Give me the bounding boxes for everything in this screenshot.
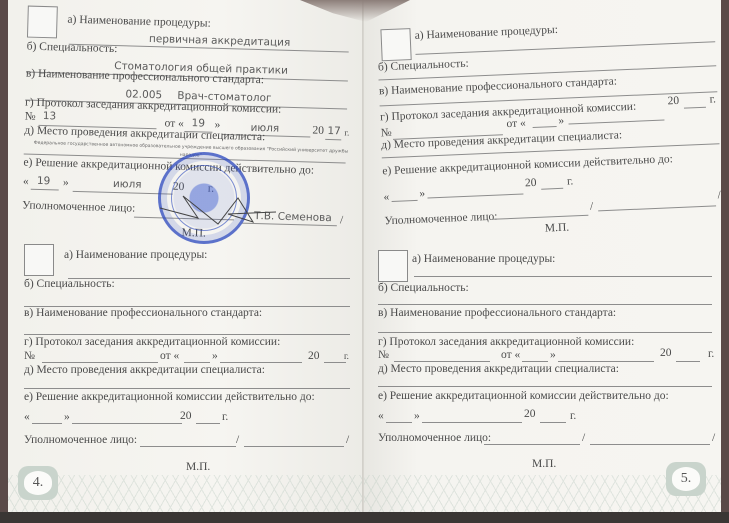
- standard-line: [24, 334, 350, 335]
- year-prefix-2: 20: [524, 408, 536, 420]
- number-sign: №: [24, 350, 35, 362]
- slash-end: /: [346, 434, 349, 446]
- protocol-year-line: [684, 107, 706, 109]
- seal-label: М.П.: [532, 458, 556, 470]
- decision-label: е) Решение аккредитационной комиссии дей…: [382, 153, 673, 177]
- authorized-label: Уполномоченное лицо:: [24, 434, 137, 446]
- valid-month-line: [427, 193, 523, 198]
- page-number-badge: 4.: [18, 466, 58, 500]
- quote-open: «: [23, 175, 29, 187]
- protocol-month-line: [569, 120, 665, 125]
- authorized-name-line: [590, 444, 710, 445]
- entry-checkbox: [24, 244, 54, 276]
- authorized-label: Уполномоченное лицо:: [22, 199, 135, 214]
- number-sign: №: [25, 111, 36, 123]
- authorized-name-line: [598, 205, 716, 211]
- year-suffix: г.: [344, 351, 349, 361]
- slash-end: /: [712, 432, 715, 444]
- slash-end: /: [717, 189, 721, 201]
- seal-label: М.П.: [545, 222, 570, 235]
- place-line: [24, 388, 350, 389]
- quote-close-2: »: [63, 177, 69, 189]
- protocol-label: г) Протокол заседания аккредитационной к…: [378, 336, 634, 348]
- procedure-label: а) Наименование процедуры:: [67, 14, 211, 30]
- accreditation-entry-2: а) Наименование процедуры: б) Специально…: [8, 240, 364, 515]
- valid-month-line: [422, 422, 522, 423]
- specialty-label: б) Специальность:: [24, 278, 115, 290]
- year-prefix: 20: [660, 347, 672, 359]
- standard-line: [378, 332, 712, 333]
- quote-close-2: »: [414, 410, 420, 422]
- year-suffix-2: г.: [567, 175, 574, 187]
- year-prefix-2: 20: [180, 410, 192, 422]
- signature-line: [492, 215, 588, 220]
- quote-close-2: »: [419, 188, 425, 200]
- valid-month-line: [72, 423, 182, 424]
- protocol-number-line: [42, 362, 158, 363]
- protocol-number-line: [394, 361, 490, 362]
- page-number-badge: 5.: [666, 462, 706, 496]
- quote-open: «: [383, 191, 389, 203]
- valid-day-line: [32, 423, 62, 424]
- procedure-label: а) Наименование процедуры:: [414, 24, 558, 42]
- place-label: д) Место проведения аккредитации специал…: [378, 363, 619, 375]
- quote-open: «: [378, 410, 384, 422]
- standard-label: в) Наименование профессионального станда…: [24, 307, 262, 319]
- valid-day: 19: [37, 175, 51, 187]
- standard-label: в) Наименование профессионального станда…: [378, 307, 616, 319]
- year-prefix: 20: [667, 95, 679, 107]
- protocol-day: 19: [191, 117, 205, 129]
- protocol-number: 13: [43, 110, 57, 122]
- slash: /: [590, 201, 594, 213]
- valid-day-line: [386, 422, 412, 423]
- protocol-label: г) Протокол заседания аккредитационной к…: [24, 336, 280, 348]
- valid-year-line: [196, 423, 220, 424]
- quote-open: «: [24, 411, 30, 423]
- protocol-month-line: [220, 362, 302, 363]
- signature-line: [484, 444, 580, 445]
- page-number: 4.: [24, 471, 52, 495]
- slash: /: [582, 432, 585, 444]
- signature-line: [140, 446, 236, 447]
- protocol-year-line: [325, 139, 341, 140]
- place-label: д) Место проведения аккредитации специал…: [24, 364, 265, 376]
- entry-checkbox: [378, 250, 408, 282]
- valid-year-line: [541, 188, 563, 190]
- entry-checkbox: [380, 28, 411, 61]
- slash: /: [236, 434, 239, 446]
- year-prefix-2: 20: [525, 177, 537, 189]
- signature: [158, 188, 278, 228]
- number-sign: №: [378, 349, 389, 361]
- quote-close: »: [550, 349, 556, 361]
- procedure-line: [414, 276, 712, 277]
- protocol-month-line: [558, 361, 654, 362]
- quote-close: »: [558, 115, 564, 127]
- valid-day-line: [392, 200, 418, 202]
- year-suffix: г.: [344, 127, 349, 137]
- page-4: а) Наименование процедуры: первичная акк…: [8, 0, 364, 515]
- from-label: от «: [160, 350, 179, 362]
- page-5: а) Наименование процедуры: б) Специально…: [364, 0, 721, 515]
- decision-label: е) Решение аккредитационной комиссии дей…: [24, 391, 315, 403]
- year-prefix: 20: [312, 125, 324, 137]
- protocol-year: 17: [327, 125, 341, 137]
- year-suffix-2: г.: [222, 411, 228, 423]
- quote-close: »: [212, 350, 218, 362]
- valid-day-line: [31, 189, 59, 191]
- specialty-label: б) Специальность:: [378, 282, 469, 294]
- procedure-label: а) Наименование процедуры:: [412, 253, 555, 265]
- specialty-line: [378, 304, 712, 305]
- quote-close-2: »: [64, 411, 70, 423]
- seal-label: М.П.: [186, 461, 210, 473]
- valid-year-line: [540, 422, 566, 423]
- table-edge: [0, 512, 729, 523]
- slash: /: [340, 214, 344, 226]
- year-prefix: 20: [308, 350, 320, 362]
- authorized-label: Уполномоченное лицо:: [378, 432, 491, 444]
- protocol-day-line: [522, 361, 548, 362]
- procedure-label: а) Наименование процедуры:: [64, 249, 207, 261]
- procedure-line: [415, 41, 715, 55]
- decision-label: е) Решение аккредитационной комиссии дей…: [378, 390, 669, 402]
- page-number: 5.: [672, 467, 700, 491]
- protocol-year-line: [324, 362, 346, 363]
- number-sign: №: [381, 127, 392, 139]
- from-label: от «: [501, 349, 520, 361]
- entry-checkbox: [27, 6, 58, 39]
- accreditation-entry-3: а) Наименование процедуры: б) Специально…: [364, 5, 721, 235]
- specialty-label: б) Специальность:: [27, 41, 118, 56]
- authorized-label: Уполномоченное лицо:: [384, 211, 498, 228]
- year-suffix-2: г.: [570, 410, 576, 422]
- place-line: [378, 386, 712, 387]
- protocol-day-line: [184, 362, 210, 363]
- protocol-day-line: [533, 126, 557, 128]
- year-suffix: г.: [709, 93, 716, 105]
- year-suffix: г.: [708, 348, 714, 360]
- from-label: от «: [506, 117, 526, 130]
- authorized-name-line: [244, 446, 344, 447]
- specialty-label: б) Специальность:: [378, 58, 469, 74]
- valid-month: июля: [113, 178, 142, 191]
- protocol-year-line: [676, 361, 700, 362]
